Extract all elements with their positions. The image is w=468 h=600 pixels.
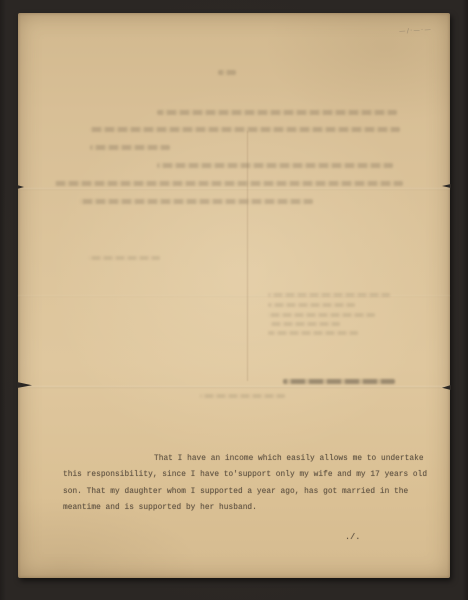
fold-crease-lower: [18, 386, 450, 388]
ghost-text-line: [90, 145, 170, 150]
paragraph-line: son. That my daughter whom I supported a…: [63, 484, 435, 500]
ghost-text-line: [268, 313, 375, 317]
paragraph-line: That I have an income which easily allow…: [63, 451, 435, 467]
typed-paragraph: That I have an income which easily allow…: [63, 451, 435, 517]
ghost-text-line: [55, 181, 403, 186]
paragraph-line: this responsibility, since I have to'sup…: [63, 467, 435, 483]
paragraph-line: meantime and is supported by her husband…: [63, 500, 435, 516]
ghost-text-line: [200, 394, 285, 398]
ghost-text-line: [90, 127, 400, 132]
ghost-text-line: [88, 256, 160, 260]
ghost-text-line: [268, 303, 355, 307]
ghost-text-line: [218, 70, 236, 75]
ghost-text-line: [283, 379, 395, 384]
ghost-text-line: [157, 163, 393, 168]
document-page: —/·—·— That I have an income which easil…: [18, 13, 450, 578]
fold-crease-vertical: [247, 131, 248, 381]
ghost-text-line: [268, 331, 358, 335]
ghost-text-line: [157, 110, 397, 115]
fold-crease-upper: [18, 188, 450, 190]
scan-background: —/·—·— That I have an income which easil…: [0, 0, 468, 600]
ghost-text-line: [270, 322, 340, 326]
ghost-text-line: [80, 199, 313, 204]
pencil-annotation: —/·—·—: [399, 25, 441, 35]
fold-crease-middle: [18, 295, 450, 297]
continuation-mark: ./.: [345, 532, 360, 542]
